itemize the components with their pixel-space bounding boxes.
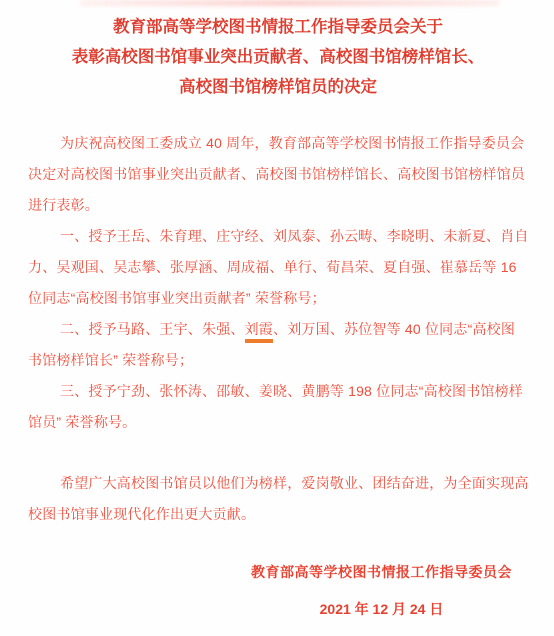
paragraph-item-2: 二、授予马路、王宇、朱强、刘霞、刘万国、苏位智等 40 位同志“高校图 书馆榜样… [28, 314, 528, 376]
intro-line-2: 决定对高校图书馆事业突出贡献者、高校图书馆榜样馆长、高校图书馆榜样馆员 [28, 159, 528, 190]
paragraph-item-3: 三、授予宁劲、张怀涛、邵敏、姜晓、黄鹏等 198 位同志“高校图书馆榜样 馆员”… [28, 376, 528, 438]
signature-block: 教育部高等学校图书情报工作指导委员会 2021 年 12 月 24 日 [28, 557, 528, 625]
document-body: 为庆祝高校图工委成立 40 周年，教育部高等学校图书情报工作指导委员会 决定对高… [28, 128, 528, 530]
item2-line-1-after: 、刘万国、苏位智等 40 位同志“高校图 [273, 321, 515, 337]
closing-line-2: 校图书馆事业现代化作出更大贡献。 [28, 499, 528, 530]
intro-line-1: 为庆祝高校图工委成立 40 周年，教育部高等学校图书情报工作指导委员会 [28, 128, 528, 159]
paragraph-intro: 为庆祝高校图工委成立 40 周年，教育部高等学校图书情报工作指导委员会 决定对高… [28, 128, 528, 221]
highlighted-name-liuxia: 刘霞 [245, 321, 273, 343]
item1-line-2: 力、吴观国、吴志攀、张厚涵、周成福、单行、荀昌荣、夏自强、崔慕岳等 16 [28, 252, 528, 283]
item2-line-2: 书馆榜样馆长” 荣誉称号； [28, 345, 528, 376]
item1-line-3: 位同志“高校图书馆事业突出贡献者” 荣誉称号； [28, 283, 528, 314]
paragraph-closing: 希望广大高校图书馆员以他们为榜样，爱岗敬业、团结奋进，为全面实现高 校图书馆事业… [28, 468, 528, 530]
signature-inner: 教育部高等学校图书情报工作指导委员会 2021 年 12 月 24 日 [251, 557, 512, 625]
signature-date: 2021 年 12 月 24 日 [251, 594, 512, 625]
signature-org: 教育部高等学校图书情报工作指导委员会 [251, 557, 512, 588]
item3-line-2: 馆员” 荣誉称号。 [28, 407, 528, 438]
item1-line-1: 一、授予王岳、朱育理、庄守经、刘凤泰、孙云畴、李晓明、未新夏、肖自 [28, 221, 528, 252]
item2-line-1: 二、授予马路、王宇、朱强、刘霞、刘万国、苏位智等 40 位同志“高校图 [28, 314, 528, 345]
paragraph-item-1: 一、授予王岳、朱育理、庄守经、刘凤泰、孙云畴、李晓明、未新夏、肖自 力、吴观国、… [28, 221, 528, 314]
item2-line-1-before: 二、授予马路、王宇、朱强、 [60, 321, 245, 337]
document-page: 教育部高等学校图书情报工作指导委员会关于 表彰高校图书馆事业突出贡献者、高校图书… [28, 12, 528, 625]
document-title: 教育部高等学校图书情报工作指导委员会关于 表彰高校图书馆事业突出贡献者、高校图书… [28, 12, 528, 102]
blank-line-spacer [28, 438, 528, 468]
scan-artifact-top-smudge [80, 0, 499, 6]
title-line-2: 表彰高校图书馆事业突出贡献者、高校图书馆榜样馆长、 [28, 42, 528, 72]
title-line-3: 高校图书馆榜样馆员的决定 [28, 72, 528, 102]
closing-line-1: 希望广大高校图书馆员以他们为榜样，爱岗敬业、团结奋进，为全面实现高 [28, 468, 528, 499]
item3-line-1: 三、授予宁劲、张怀涛、邵敏、姜晓、黄鹏等 198 位同志“高校图书馆榜样 [28, 376, 528, 407]
intro-line-3: 进行表彰。 [28, 190, 528, 221]
title-line-1: 教育部高等学校图书情报工作指导委员会关于 [28, 12, 528, 42]
